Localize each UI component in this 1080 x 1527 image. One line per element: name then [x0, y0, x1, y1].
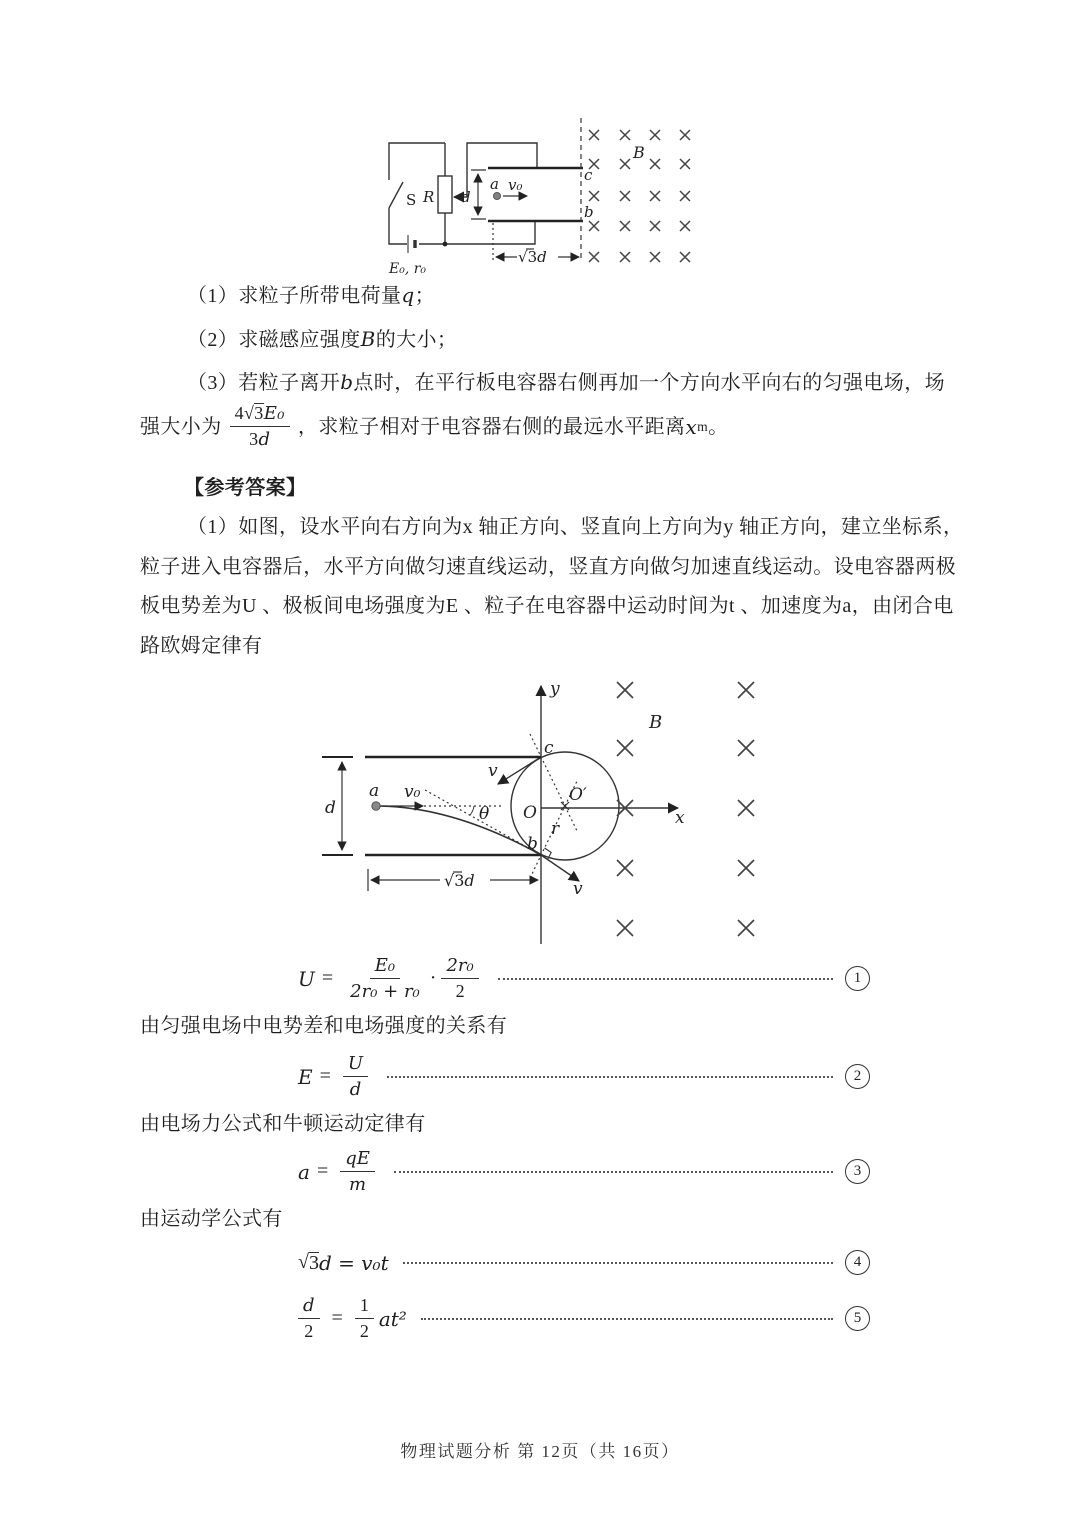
question-3b-end: 。: [708, 417, 728, 437]
answer-paragraph-line1: （1）如图，设水平向右方向为x 轴正方向、竖直向上方向为y 轴正方向，建立坐标系…: [187, 517, 963, 537]
question-1-end: ；: [415, 285, 435, 307]
gap-label-d: d: [461, 188, 471, 206]
frac-num-E0: E₀: [264, 402, 285, 425]
dotted-leader: [387, 1076, 833, 1078]
question-3-cont: 点时，在平行板电容器右侧再加一个方向水平向右的匀强电场，场: [353, 372, 945, 394]
var-b: b: [340, 370, 353, 394]
equation-number-1: 1: [845, 966, 870, 991]
eq5-body: at²: [379, 1307, 407, 1331]
center-label: O′: [569, 785, 587, 805]
connector-text-2: 由电场力公式和牛顿运动定律有: [140, 1114, 426, 1134]
page-footer: 物理试题分析 第 12页（共 16页）: [0, 1437, 1080, 1462]
eq1-f2-num: 2r₀: [441, 954, 478, 979]
eq1-dot: ·: [430, 967, 437, 990]
eq1-f1-den: 2r₀ + r₀: [345, 979, 425, 1003]
document-page: S R E₀, r₀ d a v₀ c b B √3d （1）求粒子所带电荷量q…: [0, 0, 1080, 1527]
origin-label: O: [523, 803, 537, 823]
radical-sign: √: [244, 402, 254, 425]
point-label-b: b: [584, 203, 594, 221]
eq4-body: d = v₀t: [319, 1251, 389, 1275]
particle-a: [372, 802, 380, 810]
center-cross: [561, 802, 569, 810]
frac-num-4: 4: [235, 402, 244, 425]
eq1-f1-num: E₀: [370, 954, 400, 979]
equation-3: a = qE m 3: [298, 1147, 870, 1197]
eq2-equals: =: [320, 1065, 331, 1088]
eq2-num: U: [343, 1052, 368, 1077]
dotted-leader: [498, 978, 833, 980]
eq3-lhs: a: [298, 1160, 310, 1184]
equation-number-2: 2: [845, 1064, 870, 1089]
answer-paragraph-line4: 路欧姆定律有: [140, 636, 262, 656]
question-3-line2: 强大小为 4√3E₀ 3d ，求粒子相对于电容器右侧的最远水平距离 xm 。: [140, 402, 729, 452]
radicand-3: 3: [254, 403, 263, 423]
question-3-text: （3）若粒子离开: [187, 372, 340, 394]
var-B: B: [361, 327, 376, 351]
v-label-at-b: v: [573, 879, 583, 899]
radius-label-r: r: [551, 819, 560, 839]
question-3-line1: （3）若粒子离开b点时，在平行板电容器右侧再加一个方向水平向右的匀强电场，场: [187, 372, 945, 393]
equation-number-5: 5: [845, 1306, 870, 1331]
particle-label-a: a: [490, 175, 499, 193]
var-q: q: [401, 283, 414, 307]
var-x: x: [685, 417, 697, 437]
equation-1: U = E₀ 2r₀ + r₀ · 2r₀ 2 1: [298, 954, 870, 1004]
connector-text-1: 由匀强电场中电势差和电场强度的关系有: [140, 1016, 507, 1036]
dotted-leader: [394, 1171, 833, 1173]
equation-5: d 2 = 1 2 at² 5: [298, 1294, 870, 1344]
eq5-equals: =: [332, 1307, 343, 1330]
eq3-den: m: [344, 1172, 371, 1196]
radicand-3: 3: [309, 1252, 319, 1274]
v-label-at-c: v: [488, 761, 498, 781]
eq5-f2-num: 1: [355, 1294, 374, 1319]
figure-trajectory: y x O O′ B a v₀ d c b v v r θ √3d: [312, 666, 782, 946]
eq5-f1-den: 2: [299, 1319, 318, 1343]
question-1-text: （1）求粒子所带电荷量: [187, 285, 401, 307]
eq5-f2-den: 2: [355, 1319, 374, 1343]
question-2: （2）求磁感应强度B的大小；: [187, 329, 457, 350]
radical-sign: √: [298, 1251, 309, 1274]
eq3-num: qE: [340, 1147, 375, 1172]
answer-header: 【参考答案】: [184, 478, 306, 498]
battery-label: E₀, r₀: [388, 261, 426, 277]
gap-label-d: d: [325, 798, 336, 818]
resistor-label: R: [422, 188, 434, 206]
equation-4: √3d = v₀t 4: [298, 1250, 870, 1275]
equation-number-3: 3: [845, 1159, 870, 1184]
dotted-leader: [421, 1318, 833, 1320]
answer-paragraph-line3: 板电势差为U 、极板间电场强度为E 、粒子在电容器中运动时间为t 、加速度为a，…: [140, 596, 954, 616]
eq1-fraction-1: E₀ 2r₀ + r₀: [345, 954, 425, 1004]
eq1-lhs: U: [298, 967, 315, 991]
x-axis-label: x: [675, 808, 685, 828]
junction-dot: [443, 242, 448, 247]
eq2-den: d: [345, 1077, 367, 1101]
eq1-equals: =: [322, 967, 333, 990]
velocity-label-v0: v₀: [404, 782, 421, 802]
answer-paragraph-line2: 粒子进入电容器后，水平方向做匀速直线运动，竖直方向做匀加速直线运动。设电容器两极: [140, 557, 956, 577]
connector-text-3: 由运动学公式有: [140, 1209, 283, 1229]
question-3b-pre: 强大小为: [140, 417, 222, 437]
velocity-label-v0: v₀: [508, 176, 523, 194]
eq2-fraction: U d: [343, 1052, 368, 1102]
dotted-leader: [403, 1262, 833, 1264]
frac-den-d: d: [258, 428, 270, 451]
question-1: （1）求粒子所带电荷量q；: [187, 285, 435, 306]
eq3-fraction: qE m: [340, 1147, 375, 1197]
eq2-lhs: E: [298, 1065, 313, 1089]
switch-lever: [389, 182, 403, 208]
frac-den-3: 3: [249, 428, 258, 451]
eq3-equals: =: [317, 1160, 328, 1183]
eq5-f1-num: d: [298, 1294, 320, 1319]
field-strength-fraction: 4√3E₀ 3d: [230, 402, 290, 452]
equation-number-4: 4: [845, 1250, 870, 1275]
point-label-c: c: [544, 738, 554, 758]
theta-label: θ: [479, 804, 489, 824]
particle-label-a: a: [369, 781, 379, 801]
resistor-body: [438, 176, 452, 213]
eq1-f2-den: 2: [451, 979, 470, 1003]
sqrt3d-label: √3d: [518, 248, 547, 266]
question-2-end: 的大小；: [376, 329, 458, 351]
switch-label: S: [406, 191, 416, 209]
question-3b-mid: ，求粒子相对于电容器右侧的最远水平距离: [298, 417, 686, 437]
eq1-fraction-2: 2r₀ 2: [441, 954, 478, 1004]
theta-arc: [470, 806, 474, 815]
eq5-fraction-2: 1 2: [355, 1294, 374, 1344]
sub-m: m: [697, 420, 708, 434]
figure-circuit-capacitor: S R E₀, r₀ d a v₀ c b B √3d: [375, 110, 705, 280]
point-label-c: c: [584, 166, 593, 184]
equation-2: E = U d 2: [298, 1052, 870, 1102]
eq5-fraction-1: d 2: [298, 1294, 320, 1344]
sqrt3d-label: √3d: [444, 871, 475, 890]
field-crosses: [617, 682, 754, 936]
field-label-B: B: [632, 143, 645, 162]
particle-a: [494, 193, 501, 200]
point-label-b: b: [527, 834, 538, 854]
question-2-text: （2）求磁感应强度: [187, 329, 361, 351]
v-arrow-at-c: [498, 757, 541, 784]
y-axis-label: y: [549, 679, 560, 699]
field-label-B: B: [648, 712, 662, 733]
